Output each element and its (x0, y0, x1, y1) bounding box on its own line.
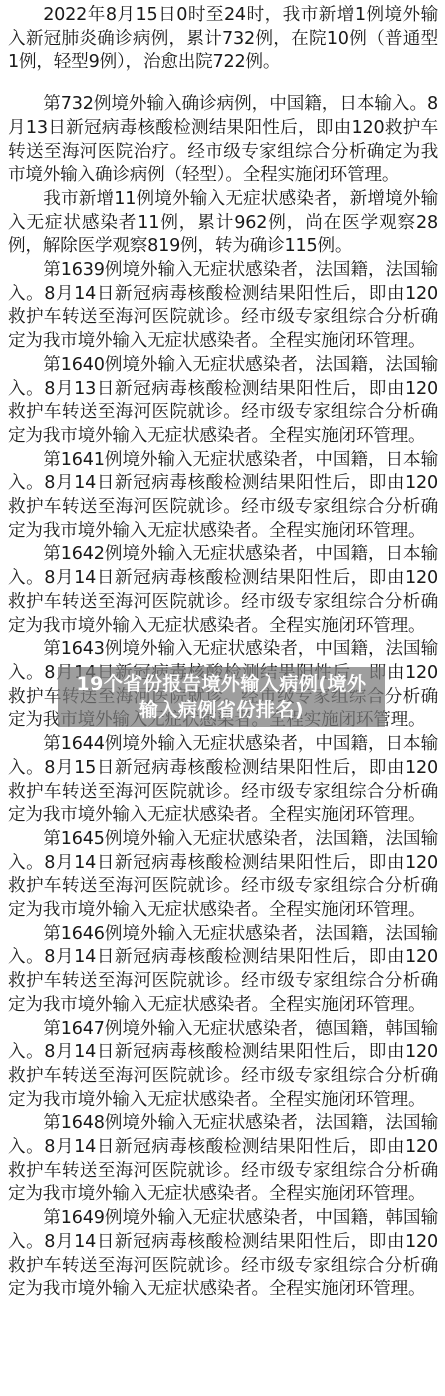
case-1641-paragraph: 第1641例境外输入无症状感染者，中国籍，日本输入。8月14日新冠病毒核酸检测结… (8, 449, 438, 544)
case-1646-paragraph: 第1646例境外输入无症状感染者，法国籍，法国输入。8月14日新冠病毒核酸检测结… (8, 923, 438, 1018)
article-body: 2022年8月15日0时至24时，我市新增1例境外输入新冠肺炎确诊病例，累计73… (8, 4, 438, 1302)
case-1648-paragraph: 第1648例境外输入无症状感染者，法国籍，法国输入。8月14日新冠病毒核酸检测结… (8, 1112, 438, 1207)
case-1649-paragraph: 第1649例境外输入无症状感染者，中国籍，韩国输入。8月14日新冠病毒核酸检测结… (8, 1207, 438, 1302)
case-1647-paragraph: 第1647例境外输入无症状感染者，德国籍，韩国输入。8月14日新冠病毒核酸检测结… (8, 1018, 438, 1113)
case-1645-paragraph: 第1645例境外输入无症状感染者，法国籍，法国输入。8月14日新冠病毒核酸检测结… (8, 828, 438, 923)
case-732-paragraph: 第732例境外输入确诊病例，中国籍，日本输入。8月13日新冠病毒核酸检测结果阳性… (8, 93, 438, 188)
summary-confirmed-paragraph: 2022年8月15日0时至24时，我市新增1例境外输入新冠肺炎确诊病例，累计73… (8, 4, 438, 75)
case-1639-paragraph: 第1639例境外输入无症状感染者，法国籍，法国输入。8月14日新冠病毒核酸检测结… (8, 259, 438, 354)
case-1642-paragraph: 第1642例境外输入无症状感染者，中国籍，日本输入。8月14日新冠病毒核酸检测结… (8, 543, 438, 638)
case-1644-paragraph: 第1644例境外输入无症状感染者，中国籍，日本输入。8月15日新冠病毒核酸检测结… (8, 733, 438, 828)
case-1640-paragraph: 第1640例境外输入无症状感染者，法国籍，法国输入。8月13日新冠病毒核酸检测结… (8, 354, 438, 449)
watermark-title-overlay: 19个省份报告境外输入病例(境外输入病例省份排名) (58, 667, 385, 727)
overlay-title-text: 19个省份报告境外输入病例(境外输入病例省份排名) (72, 671, 372, 723)
summary-asymptomatic-paragraph: 我市新增11例境外输入无症状感染者，新增境外输入无症状感染者11例，累计962例… (8, 188, 438, 259)
